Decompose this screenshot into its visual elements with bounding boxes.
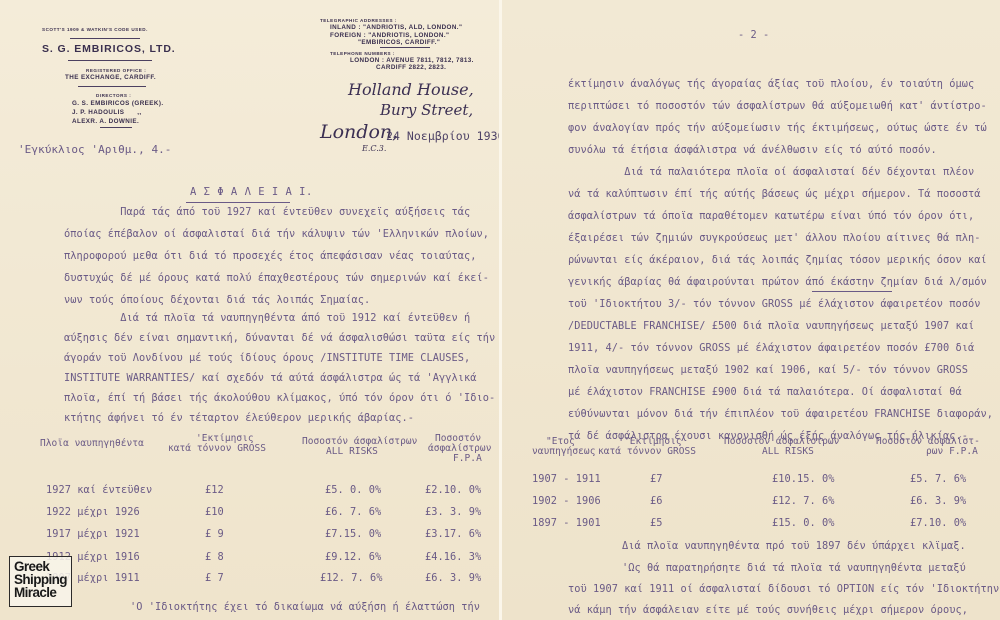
table-cell: £15. 0. 0% xyxy=(772,517,835,529)
body-line: άσφαλίστρων τά όποϊα παραθέτομεν κατωτέρ… xyxy=(568,210,974,222)
table-cell: 1897 - 1901 xyxy=(532,517,601,529)
body-line: Παρά τάς άπό τοϋ 1927 καί έντεϋθεν συνεχ… xyxy=(64,206,470,218)
underline xyxy=(812,291,892,292)
table-cell: £6 xyxy=(650,495,663,507)
table-header: Πλοϊα ναυπηγηθέντα xyxy=(40,438,144,449)
body-line: περιπτώσει τό ποσοστόν τών άσφαλίστρων θ… xyxy=(568,100,987,112)
table-header: κατά τόννον GROSS xyxy=(168,443,266,454)
table-cell: £4.16. 3% xyxy=(425,551,481,563)
table-cell: £10 xyxy=(205,506,224,518)
telegraphic-foreign-2: "EMBIRICOS, CARDIFF." xyxy=(358,39,440,46)
greek-shipping-miracle-logo: Greek Shipping Miracle xyxy=(9,556,72,607)
code-line: SCOTT'S 1909 & WATKIN'S CODE USED. xyxy=(42,27,148,32)
body-line: Διά πλοϊα ναυπηγηθέντα πρό τοϋ 1897 δέν … xyxy=(622,540,966,552)
body-line: μέ έλάχιστον FRANCHISE £900 διά τά παλαι… xyxy=(568,386,962,398)
divider xyxy=(100,127,132,128)
company-name: S. G. EMBIRICOS, LTD. xyxy=(42,43,176,55)
telegraphic-inland: INLAND : "ANDRIOTIS, ALD, LONDON." xyxy=(330,24,462,31)
document-title: Α Σ Φ Α Λ Ε Ι Α Ι. xyxy=(190,186,313,198)
table-cell: 1902 - 1906 xyxy=(532,495,601,507)
director-2: J. P. HADOULIS ,, xyxy=(72,109,142,116)
body-line: έκτίμησιν άναλόγως τής άγοραίας άξίας το… xyxy=(568,78,974,90)
table-cell: £9.12. 6% xyxy=(325,551,381,563)
body-line: νά τά καλύπτωσιν έπί τής αύτής βάσεως ώς… xyxy=(568,188,980,200)
table-cell: £6. 3. 9% xyxy=(425,572,481,584)
body-line: πλοϊα, έπί τή βάσει τής άκολούθου κλίμακ… xyxy=(64,392,495,404)
telephone-london: LONDON : AVENUE 7811, 7812, 7813. xyxy=(350,57,474,64)
body-line: άγοράν τοϋ Λονδίνου μέ τούς ίδίους όρους… xyxy=(64,352,470,364)
table-cell: 1907 - 1911 xyxy=(532,473,601,485)
body-line: Διά τά πλοϊα τά ναυπηγηθέντα άπό τοϋ 191… xyxy=(64,312,470,324)
table-cell: £7.15. 0% xyxy=(325,528,381,540)
body-line: φον άναλογίαν πρός τήν αύξομείωσιν τής έ… xyxy=(568,122,987,134)
body-line: πληροφορού μεθα ότι διά τό προσεχές έτος… xyxy=(64,250,476,262)
table-cell: 1917 μέχρι 1921 xyxy=(46,528,140,540)
table-cell: £10.15. 0% xyxy=(772,473,835,485)
address-line-1: Holland House, xyxy=(348,80,474,99)
table-cell: £ 7 xyxy=(205,572,224,584)
address-postcode: E.C.3. xyxy=(362,144,386,153)
table-header: F.P.A xyxy=(453,453,482,464)
telephone-label: TELEPHONE NUMBERS : xyxy=(330,51,395,56)
title-underline xyxy=(186,202,290,203)
body-line: Διά τά παλαιότερα πλοϊα οί άσφαλισταί δέ… xyxy=(568,166,974,178)
circular-reference: 'Εγκύκλιος 'Αριθμ., 4.- xyxy=(18,143,171,156)
divider xyxy=(70,38,140,39)
table-cell: £6. 7. 6% xyxy=(325,506,381,518)
table-cell: £3.17. 6% xyxy=(425,528,481,540)
body-line: INSTITUTE WARRANTIES/ καί σχεδόν τά αύτά… xyxy=(64,372,476,384)
telegraphic-foreign: FOREIGN : "ANDRIOTIS, LONDON." xyxy=(330,32,449,39)
table-cell: £12. 7. 6% xyxy=(320,572,383,584)
body-line: κτήτης άφήνει τό έν τέταρτον έλεύθερον μ… xyxy=(64,412,414,424)
body-line: αύξησις δέν είναι σημαντική, δύνανται δέ… xyxy=(64,332,495,344)
table-header: ALL RISKS xyxy=(326,446,378,457)
table-cell: £12 xyxy=(205,484,224,496)
director-3: ALEXR. A. DOWNIE. xyxy=(72,118,139,125)
letter-date: 24 Νοεμβρίου 1930. xyxy=(386,129,499,143)
page-number: - 2 - xyxy=(738,29,769,41)
director-1: G. S. EMBIRICOS (GREEK). xyxy=(72,100,163,107)
telephone-cardiff: CARDIFF 2822, 2823. xyxy=(376,64,446,71)
logo-line: Miracle xyxy=(14,586,71,599)
body-line: νά κάμη τήν άσφάλειαν είτε μέ τούς συνήθ… xyxy=(568,604,968,616)
table-cell: 1922 μέχρι 1926 xyxy=(46,506,140,518)
table-cell: £3. 3. 9% xyxy=(425,506,481,518)
body-line: εύθύνωνται μόνον διά τήν έπιπλέον τοϋ άφ… xyxy=(568,408,993,420)
body-line: έξαιρέσει τών ζημιών συγκρούσεως μετ' άλ… xyxy=(568,232,980,244)
letter-page-1: SCOTT'S 1909 & WATKIN'S CODE USED. S. G.… xyxy=(0,0,499,620)
table-cell: £7 xyxy=(650,473,663,485)
table-cell: £6. 3. 9% xyxy=(910,495,966,507)
table-header: ALL RISKS xyxy=(762,446,814,457)
divider xyxy=(380,47,430,48)
address-line-2: Bury Street, xyxy=(380,101,473,119)
body-line: δυστυχώς δέ μέ όρους κατά πολύ έπαχθεστέ… xyxy=(64,272,489,284)
table-cell: £ 8 xyxy=(205,551,224,563)
table-header: ρων F.P.A xyxy=(926,446,978,457)
table-cell: £2.10. 0% xyxy=(425,484,481,496)
table-header: ναυπηγήσεως xyxy=(532,446,595,457)
table-cell: £7.10. 0% xyxy=(910,517,966,529)
body-line: γενικής άβαρίας θά άφαιρούνται πρώτον άπ… xyxy=(568,276,987,288)
table-cell: £ 9 xyxy=(205,528,224,540)
body-line: συνόλω τά έτήσια άσφάλιστρα νά άνέλθωσιν… xyxy=(568,144,937,156)
closing-line: 'Ο 'Ιδιοκτήτης έχει τό δικαίωμα νά αύξήσ… xyxy=(130,601,480,613)
body-line: ρώνωνται είς άκέραιον, διά τάς λοιπάς ζη… xyxy=(568,254,987,266)
telegraphic-label: TELEGRAPHIC ADDRESSES : xyxy=(320,18,397,23)
table-cell: 1927 καί έντεϋθεν xyxy=(46,484,152,496)
divider xyxy=(78,86,146,87)
table-cell: £5. 0. 0% xyxy=(325,484,381,496)
divider xyxy=(68,60,152,61)
table-cell: £12. 7. 6% xyxy=(772,495,835,507)
body-line: 'Ως θά παρατηρήσητε διά τά πλοϊα τά ναυπ… xyxy=(622,562,966,574)
directors-label: DIRECTORS : xyxy=(96,93,131,98)
table-header: κατά τόννον GROSS xyxy=(598,446,696,457)
letter-page-2: - 2 - έκτίμησιν άναλόγως τής άγοραίας άξ… xyxy=(502,0,1000,620)
registered-label: REGISTERED OFFICE : xyxy=(86,68,146,73)
body-line: 1911, 4/- τόν τόννον GROSS μέ έλάχιστον … xyxy=(568,342,974,354)
table-cell: £5 xyxy=(650,517,663,529)
body-line: πλοϊα ναυπηγήσεως μεταξύ 1902 καί 1906, … xyxy=(568,364,968,376)
registered-address: THE EXCHANGE, CARDIFF. xyxy=(65,74,156,81)
table-cell: £5. 7. 6% xyxy=(910,473,966,485)
body-line: /DEDUCTABLE FRANCHISE/ £500 διά πλοϊα να… xyxy=(568,320,974,332)
body-line: τοϋ 'Ιδιοκτήτου 3/- τόν τόννον GROSS μέ … xyxy=(568,298,980,310)
body-line: τοϋ 1907 καί 1911 οί άσφαλισταί δίδουσι … xyxy=(568,583,999,595)
body-line: νων τούς όποίους δέχονται διά τάς λοιπάς… xyxy=(64,294,370,306)
body-line: όποίας έπέβαλον οί άσφαλισταί διά τήν κά… xyxy=(64,228,489,240)
